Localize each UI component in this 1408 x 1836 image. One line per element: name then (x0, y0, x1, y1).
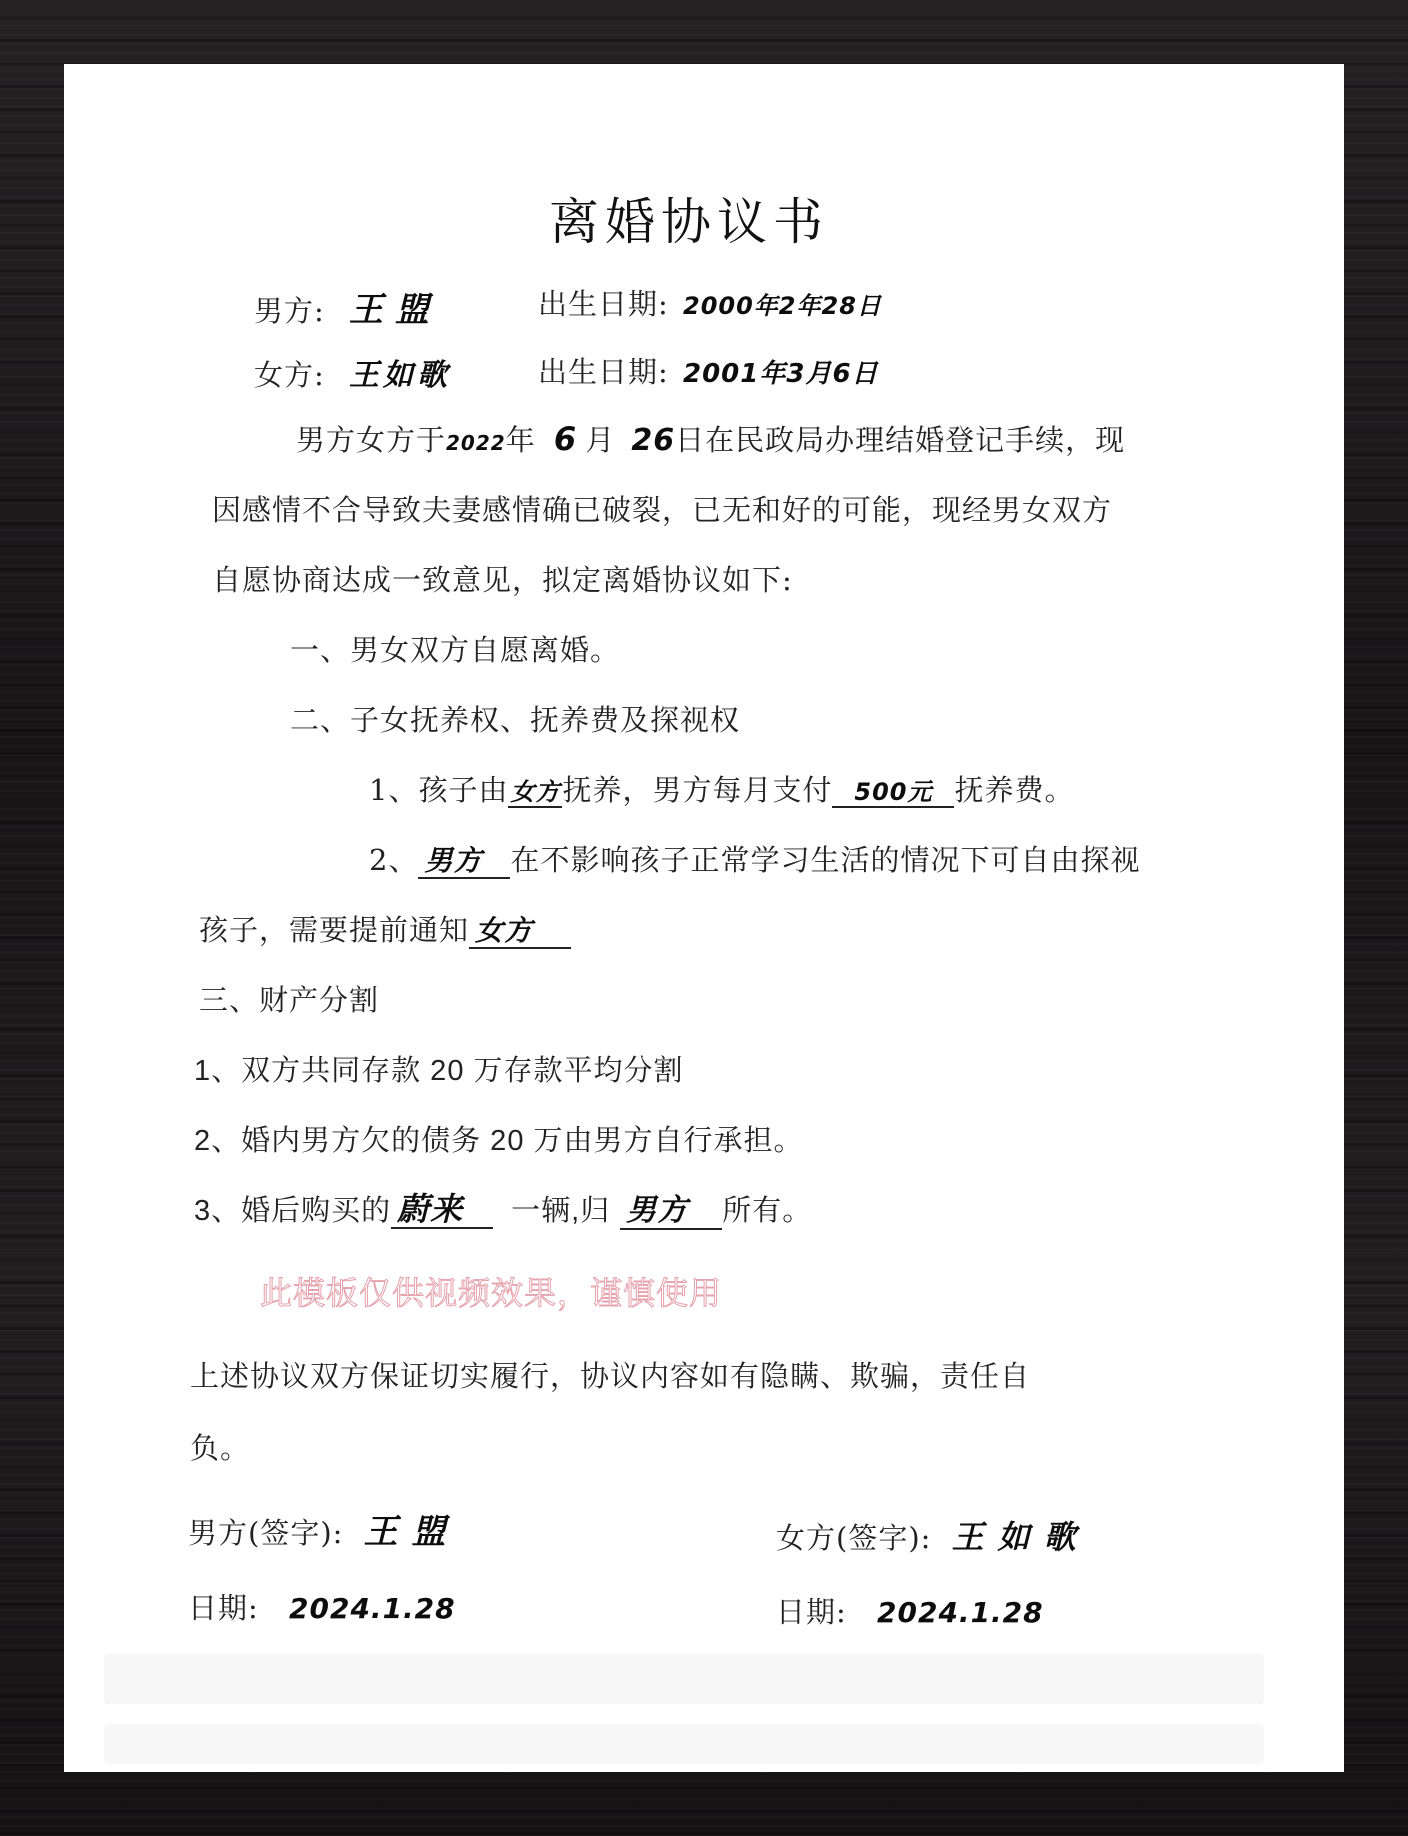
male-signature-handwritten: 王盟 (364, 1512, 460, 1552)
visitor-blank: 男方 (418, 847, 510, 879)
show-through-artifact (104, 1654, 1264, 1704)
section-3-item-2: 2、婚内男方欠的债务 20 万由男方自行承担。 (194, 1118, 804, 1159)
notify-blank: 女方 (469, 917, 571, 949)
item-prefix: 1、孩子由 (369, 773, 508, 807)
female-dob-row: 出生日期: 2001年3月6日 (538, 350, 879, 391)
female-date-row: 日期: 2024.1.28 (776, 1590, 1044, 1631)
section-3-item-3: 3、婚后购买的蔚来一辆,归男方所有。 (194, 1188, 812, 1230)
male-date-label: 日期: (188, 1591, 259, 1625)
section-3-item-1: 1、双方共同存款 20 万存款平均分割 (194, 1048, 684, 1089)
support-amount-blank: 500元 (832, 780, 954, 808)
custodian-blank: 女方 (508, 780, 562, 808)
male-dob-handwritten: 2000年2年28日 (683, 292, 882, 320)
item-suffix: 所有。 (722, 1195, 812, 1227)
female-label: 女方: (254, 358, 325, 392)
female-dob-label: 出生日期: (538, 355, 669, 389)
section-1: 一、男女双方自愿离婚。 (290, 628, 620, 669)
male-dob-row: 出生日期: 2000年2年28日 (538, 282, 882, 323)
month-char: 月 (585, 423, 615, 457)
year-char: 年 (506, 423, 536, 457)
section-2-item-1: 1、孩子由女方抚养，男方每月支付500元抚养费。 (369, 768, 1074, 809)
intro-prefix: 男方女方于 (296, 423, 446, 457)
item-suffix: 抚养费。 (954, 773, 1074, 807)
item-mid: 一辆,归 (511, 1195, 610, 1227)
female-name-handwritten: 王如歌 (349, 358, 451, 393)
male-date-row: 日期: 2024.1.28 (188, 1586, 456, 1627)
show-through-artifact (104, 1724, 1264, 1764)
intro-line-3: 自愿协商达成一致意见，拟定离婚协议如下: (212, 558, 793, 599)
car-brand-blank: 蔚来 (391, 1193, 493, 1229)
closing-line-2: 负。 (190, 1426, 250, 1467)
intro-suffix: 日在民政局办理结婚登记手续，现 (675, 423, 1125, 457)
section-2-item-2: 2、男方在不影响孩子正常学习生活的情况下可自由探视 (369, 838, 1140, 879)
section-2-heading: 二、子女抚养权、抚养费及探视权 (290, 698, 740, 739)
male-date-handwritten: 2024.1.28 (289, 1592, 456, 1625)
marriage-day-handwritten: 26 (631, 423, 675, 458)
female-date-label: 日期: (776, 1595, 847, 1629)
female-party-row: 女方: 王如歌 (254, 350, 451, 394)
female-sign-label: 女方(签字): (776, 1521, 931, 1555)
male-label: 男方: (254, 294, 325, 328)
watermark-text: 此模板仅供视频效果，谨慎使用 (260, 1268, 722, 1314)
car-owner-blank: 男方 (620, 1196, 722, 1230)
item-mid: 在不影响孩子正常学习生活的情况下可自由探视 (510, 843, 1140, 877)
closing-line-1: 上述协议双方保证切实履行，协议内容如有隐瞒、欺骗，责任自 (190, 1354, 1030, 1395)
item-line2-prefix: 孩子，需要提前通知 (199, 913, 469, 947)
agreement-paper: 离婚协议书 男方: 王盟 出生日期: 2000年2年28日 女方: 王如歌 出生… (64, 64, 1344, 1772)
marriage-year-handwritten: 2022 (446, 431, 506, 455)
item-mid: 抚养，男方每月支付 (562, 773, 832, 807)
male-dob-label: 出生日期: (538, 287, 669, 321)
male-signature-row: 男方(签字): 王盟 (188, 1504, 460, 1553)
intro-line-2: 因感情不合导致夫妻感情确已破裂，已无和好的可能，现经男女双方 (212, 488, 1112, 529)
section-3-heading: 三、财产分割 (199, 978, 379, 1019)
item-prefix: 2、 (369, 843, 418, 877)
male-party-row: 男方: 王盟 (254, 282, 441, 331)
male-name-handwritten: 王盟 (349, 290, 441, 330)
female-date-handwritten: 2024.1.28 (877, 1596, 1044, 1629)
male-sign-label: 男方(签字): (188, 1516, 343, 1550)
female-signature-handwritten: 王如歌 (952, 1518, 1090, 1556)
section-2-item-2-line-2: 孩子，需要提前通知女方 (199, 908, 571, 949)
female-dob-handwritten: 2001年3月6日 (683, 359, 879, 389)
item-prefix: 3、婚后购买的 (194, 1195, 391, 1227)
female-signature-row: 女方(签字): 王如歌 (776, 1512, 1090, 1558)
marriage-month-handwritten: 6 (554, 420, 577, 458)
document-title: 离婚协议书 (549, 182, 829, 254)
intro-line-1: 男方女方于2022年 6月 26日在民政局办理结婚登记手续，现 (296, 418, 1125, 459)
